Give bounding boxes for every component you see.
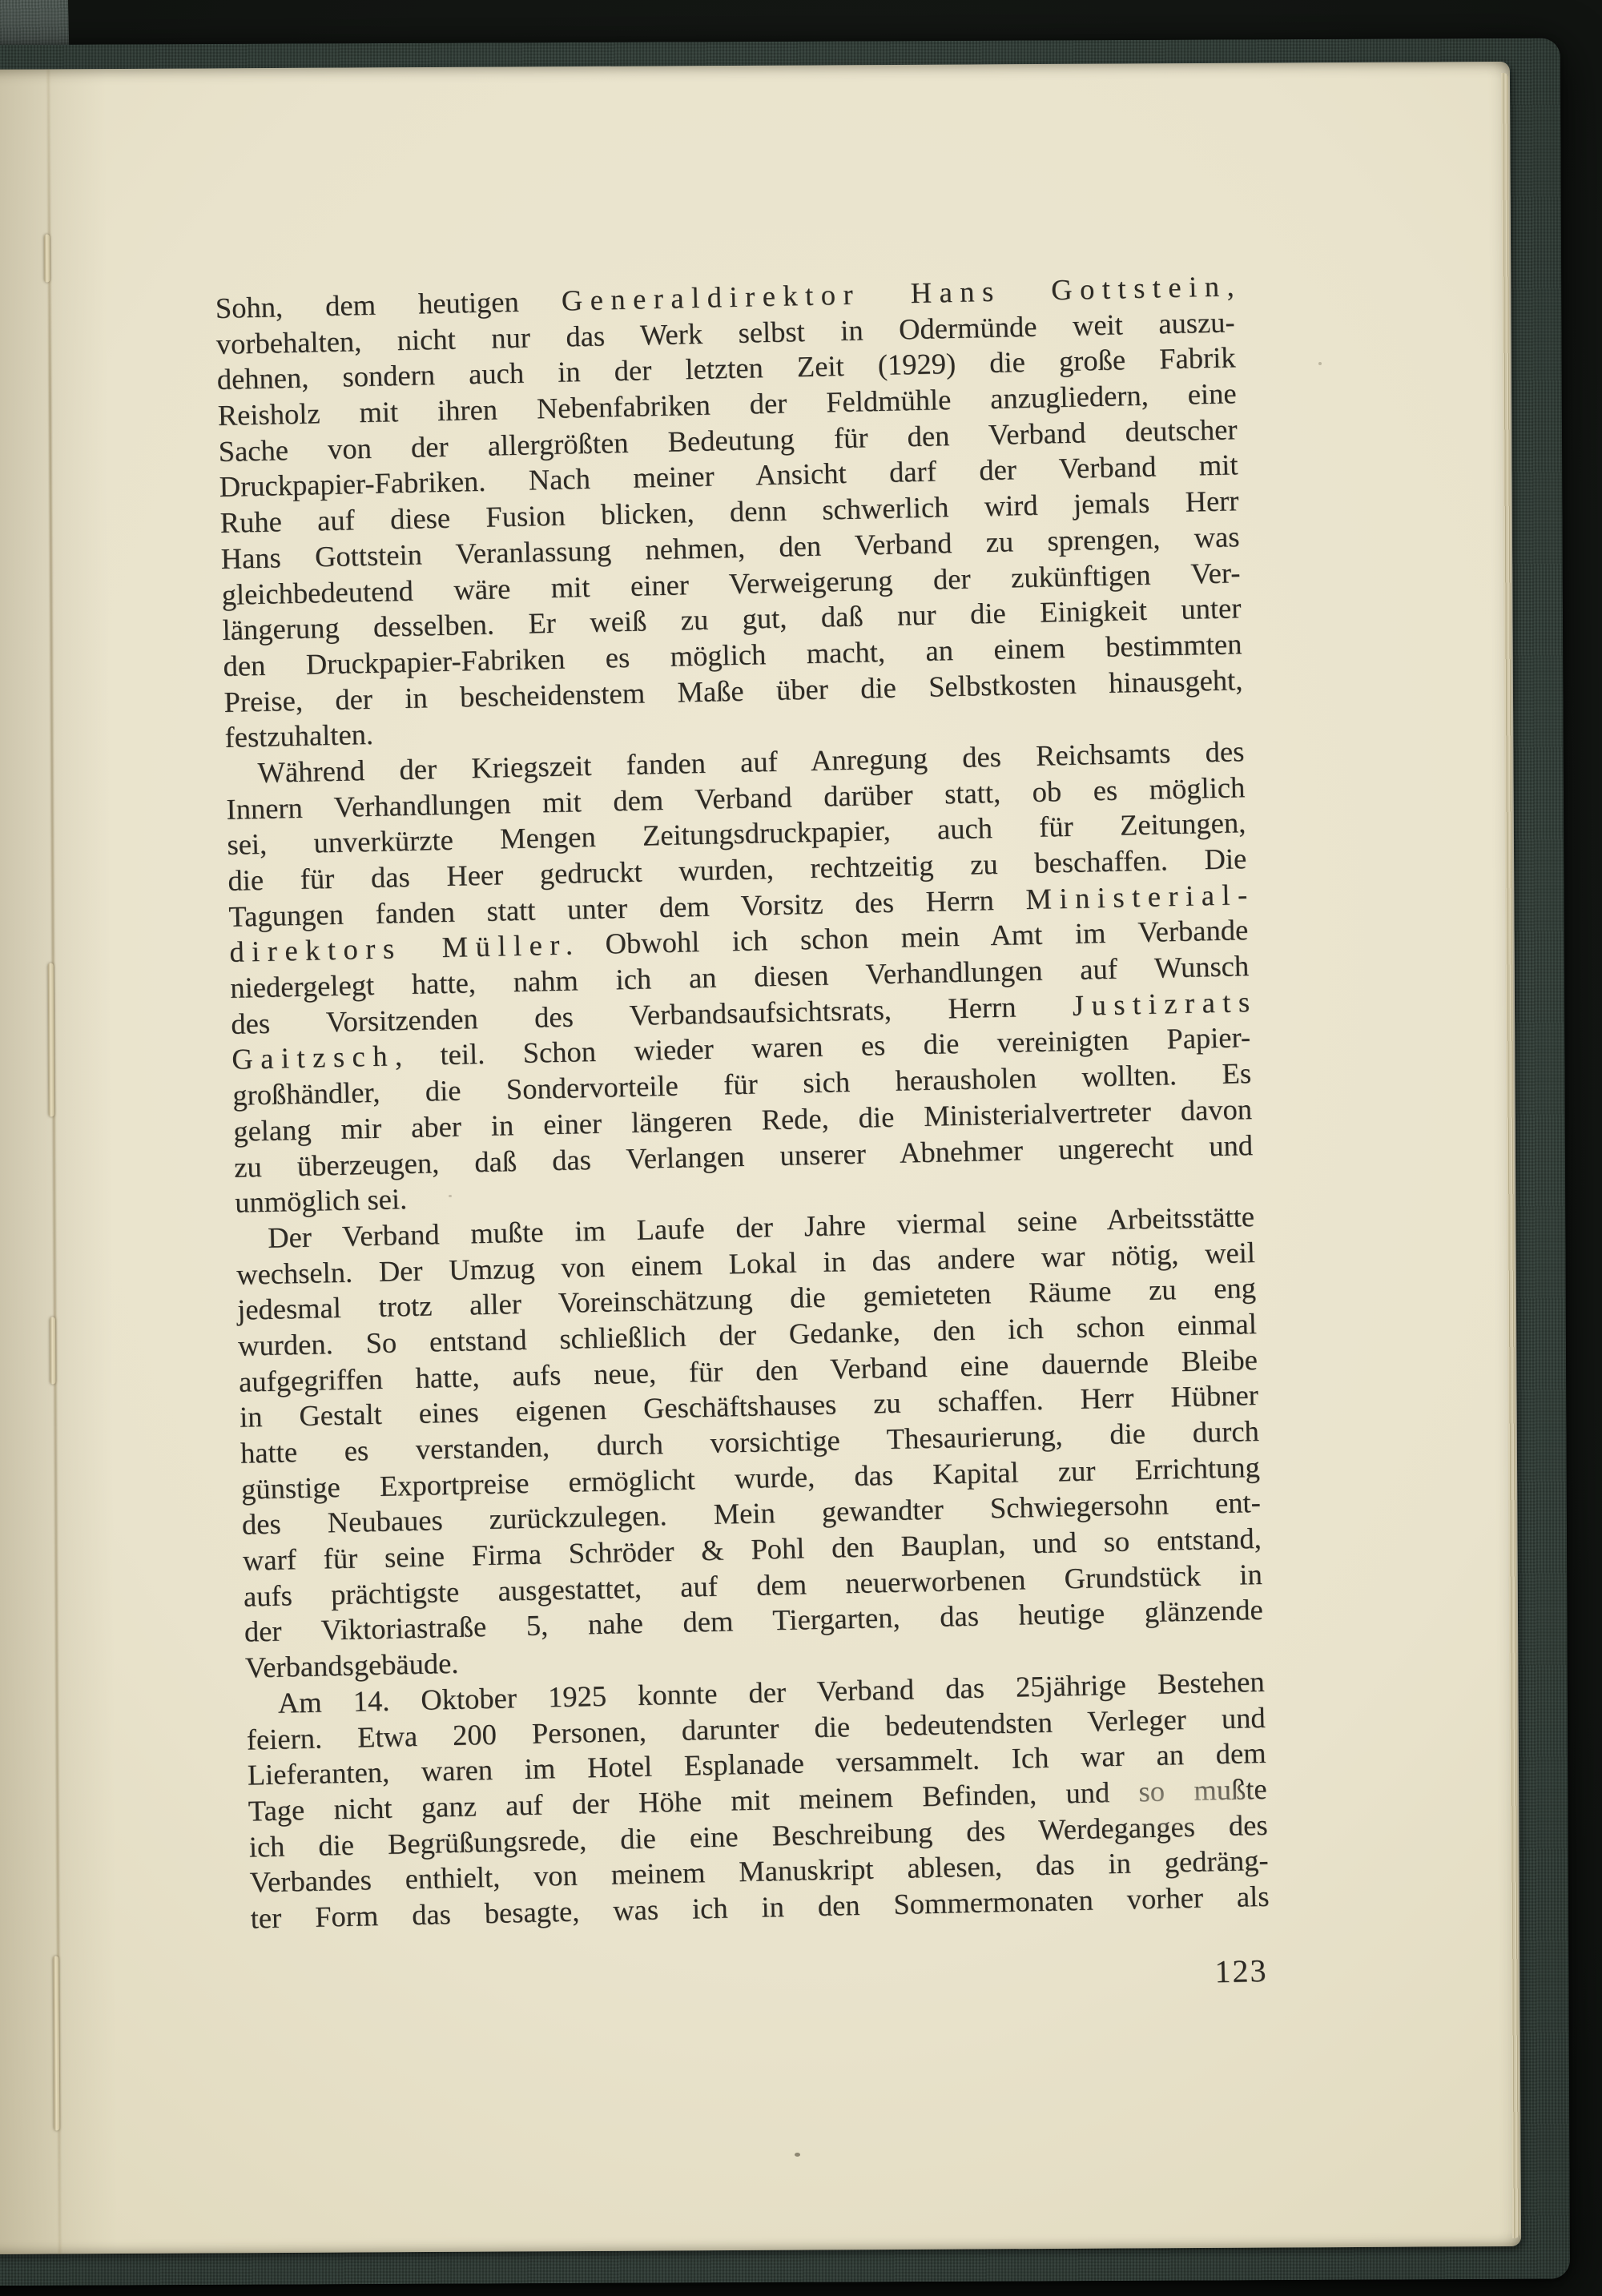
text-run: festzuhalten.	[224, 718, 373, 754]
binding-thread	[50, 1317, 55, 1384]
print-smudge	[1098, 1774, 1260, 1829]
text-run: Sohn, dem heutigen	[215, 284, 562, 324]
paper-speck	[449, 1195, 452, 1197]
letterspaced-text: Justizrats	[1072, 985, 1258, 1022]
paragraph: Der Verband mußte im Laufe der Jahre vie…	[235, 1199, 1264, 1687]
paper-speck	[795, 2153, 800, 2157]
page-text: Sohn, dem heutigen Generaldirektor Hans …	[215, 268, 1271, 2010]
paragraph: Während der Kriegszeit fanden auf Anregu…	[225, 734, 1254, 1221]
letterspaced-text: direktors Müller.	[229, 928, 581, 969]
text-run: unmöglich sei.	[235, 1182, 408, 1219]
binding-thread	[44, 234, 50, 282]
letterspaced-text: Gaitzsch,	[231, 1039, 410, 1076]
photo-backdrop: Sohn, dem heutigen Generaldirektor Hans …	[0, 0, 1602, 2296]
page-text-lines: Sohn, dem heutigen Generaldirektor Hans …	[215, 268, 1270, 1936]
binding-thread	[48, 963, 54, 1116]
paper-speck	[1318, 362, 1322, 365]
paragraph: Sohn, dem heutigen Generaldirektor Hans …	[215, 268, 1243, 756]
letterspaced-text: Ministerial-	[1025, 878, 1255, 915]
text-run: Verbandsgebäude.	[244, 1647, 458, 1684]
binding-thread	[53, 1956, 59, 2130]
